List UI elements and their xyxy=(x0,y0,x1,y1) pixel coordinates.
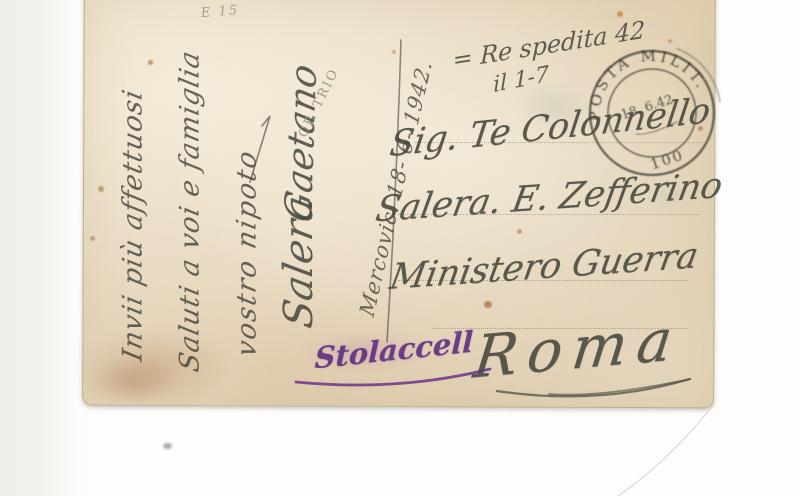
postcard-scan: POSTA MILIT. 18. 6.42 100 Invii più affe… xyxy=(0,0,800,496)
scan-smudge xyxy=(163,443,172,449)
postcard-paper xyxy=(82,0,716,408)
